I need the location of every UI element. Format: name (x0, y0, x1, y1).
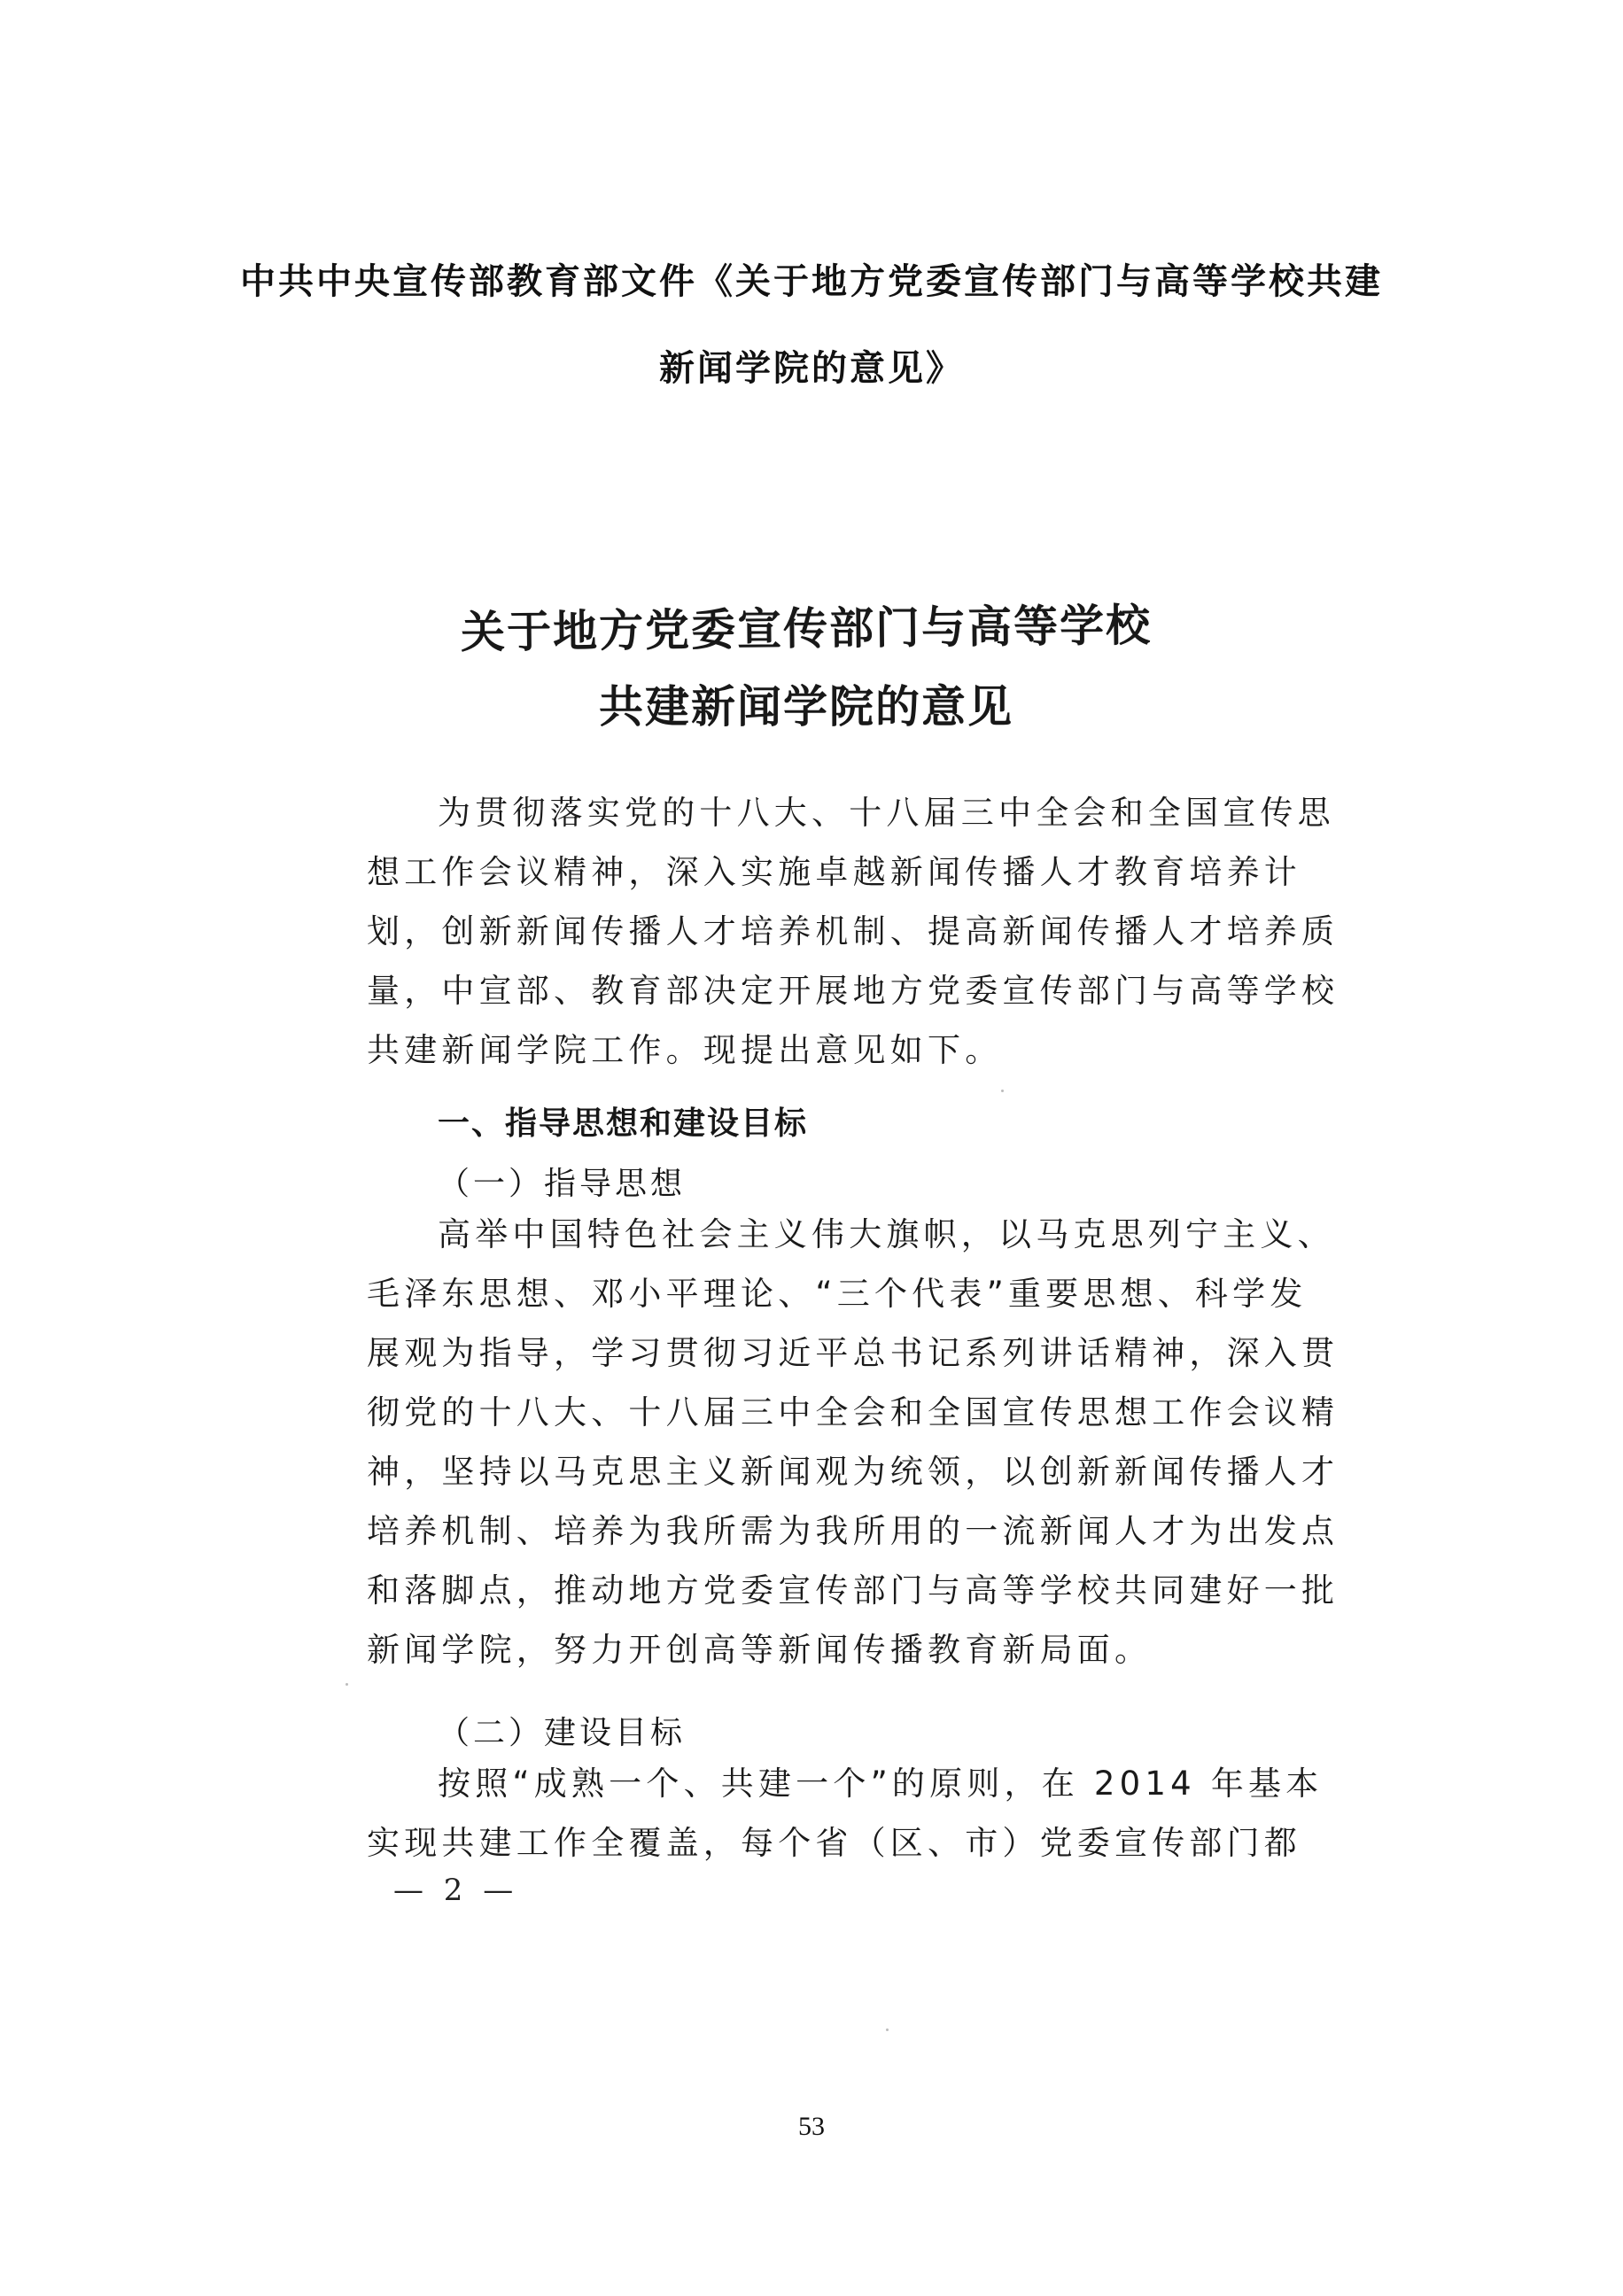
text-line: 和落脚点，推动地方党委宣传部门与高等学校共同建好一批 (367, 1561, 1253, 1620)
guiding-ideology-paragraph: 高举中国特色社会主义伟大旗帜，以马克思列宁主义、 毛泽东思想、邓小平理论、“三个… (367, 1205, 1253, 1679)
text-line: 量，中宣部、教育部决定开展地方党委宣传部门与高等学校 (367, 961, 1253, 1020)
text-line: 高举中国特色社会主义伟大旗帜，以马克思列宁主义、 (367, 1205, 1253, 1264)
scan-speck (1001, 1090, 1004, 1092)
section-heading: 一、指导思想和建设目标 (438, 1098, 808, 1144)
text-line: 毛泽东思想、邓小平理论、“三个代表”重要思想、科学发 (367, 1264, 1253, 1323)
page-number: 53 (0, 2112, 1623, 2142)
text-line: 培养机制、培养为我所需为我所用的一流新闻人才为出发点 (367, 1501, 1253, 1561)
document-title-line-2: 共建新闻学院的意见 (319, 671, 1293, 735)
text-line: 新闻学院，努力开创高等新闻传播教育新局面。 (367, 1620, 1253, 1679)
text-line: 想工作会议精神，深入实施卓越新闻传播人才教育培养计 (367, 842, 1253, 902)
text-line: 彻党的十八大、十八届三中全会和全国宣传思想工作会议精 (367, 1383, 1253, 1442)
scan-speck (346, 1683, 348, 1686)
text-line: 神，坚持以马克思主义新闻观为统领，以创新新闻传播人才 (367, 1442, 1253, 1501)
subsection-heading: （一）指导思想 (438, 1159, 686, 1204)
text-line: 展观为指导，学习贯彻习近平总书记系列讲话精神，深入贯 (367, 1323, 1253, 1383)
scanned-document: 关于地方党委宣传部门与高等学校 共建新闻学院的意见 为贯彻落实党的十八大、十八届… (337, 478, 1311, 1913)
intro-paragraph: 为贯彻落实党的十八大、十八届三中全会和全国宣传思 想工作会议精神，深入实施卓越新… (367, 783, 1253, 1080)
document-title-line-1: 关于地方党委宣传部门与高等学校 (319, 588, 1294, 663)
text-line: 划，创新新闻传播人才培养机制、提高新闻传播人才培养质 (367, 902, 1253, 961)
text-line: 共建新闻学院工作。现提出意见如下。 (367, 1020, 1253, 1080)
text-line: 实现共建工作全覆盖，每个省（区、市）党委宣传部门都 (367, 1813, 1253, 1873)
scan-speck (886, 2028, 889, 2031)
text-line: 按照“成熟一个、共建一个”的原则，在 2014 年基本 (367, 1754, 1253, 1813)
construction-goals-paragraph: 按照“成熟一个、共建一个”的原则，在 2014 年基本 实现共建工作全覆盖，每个… (367, 1754, 1253, 1873)
inner-page-number: — 2 — (393, 1873, 518, 1908)
subsection-heading: （二）建设目标 (438, 1708, 686, 1753)
header-line-2: 新闻学院的意见》 (0, 340, 1623, 391)
header-line-1: 中共中央宣传部教育部文件《关于地方党委宣传部门与高等学校共建 (0, 253, 1623, 304)
text-line: 为贯彻落实党的十八大、十八届三中全会和全国宣传思 (367, 783, 1253, 842)
